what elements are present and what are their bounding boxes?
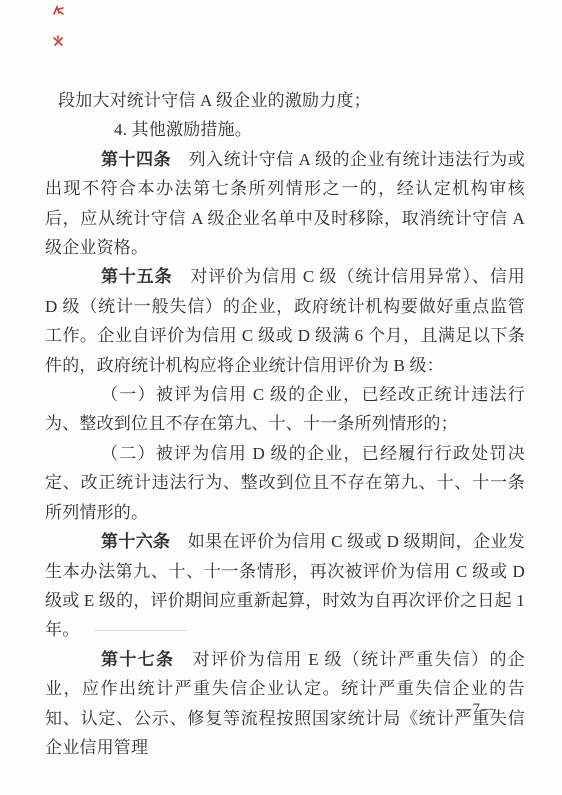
paragraph-article-17: 第十七条 对评价为信用 E 级（统计严重失信）的企业，应作出统计严重失信企业认定… — [45, 645, 525, 763]
paragraph-list-item: 4. 其他激励措施。 — [58, 115, 538, 144]
scan-artifact-line — [95, 630, 187, 631]
article-number: 第十七条 — [101, 650, 174, 669]
paragraph-text: （一）被评为信用 C 级的企业，已经改正统计违法行为、整改到位且不存在第九、十、… — [45, 385, 525, 433]
paragraph-article-14: 第十四条 列入统计守信 A 级的企业有统计违法行为或出现不符合本办法第七条所列情… — [45, 145, 525, 263]
paragraph-text: 4. 其他激励措施。 — [114, 120, 252, 139]
article-number: 第十五条 — [101, 267, 173, 286]
red-stamp-mark-icon — [51, 4, 65, 18]
article-number: 第十四条 — [101, 150, 171, 169]
paragraph-continuation: 段加大对统计守信 A 级企业的激励力度； — [58, 86, 538, 115]
page-number: —7— — [457, 701, 498, 718]
article-number: 第十六条 — [101, 532, 170, 551]
paragraph-clause-2: （二）被评为信用 D 级的企业，已经履行行政处罚决定、改正统计违法行为、整改到位… — [45, 439, 525, 527]
paragraph-clause-1: （一）被评为信用 C 级的企业，已经改正统计违法行为、整改到位且不存在第九、十、… — [45, 380, 525, 439]
red-stamp-mark-icon — [51, 34, 65, 48]
paragraph-article-15: 第十五条 对评价为信用 C 级（统计信用异常）、信用 D 级（统计一般失信）的企… — [45, 262, 525, 380]
paragraph-text: 段加大对统计守信 A 级企业的激励力度； — [58, 91, 371, 110]
paragraph-text: （二）被评为信用 D 级的企业，已经履行行政处罚决定、改正统计违法行为、整改到位… — [45, 444, 525, 522]
paragraph-article-16: 第十六条 如果在评价为信用 C 级或 D 级期间，企业发生本办法第九、十、十一条… — [45, 527, 525, 645]
document-body: 段加大对统计守信 A 级企业的激励力度； 4. 其他激励措施。 第十四条 列入统… — [45, 86, 525, 762]
document-page: 段加大对统计守信 A 级企业的激励力度； 4. 其他激励措施。 第十四条 列入统… — [0, 0, 562, 795]
